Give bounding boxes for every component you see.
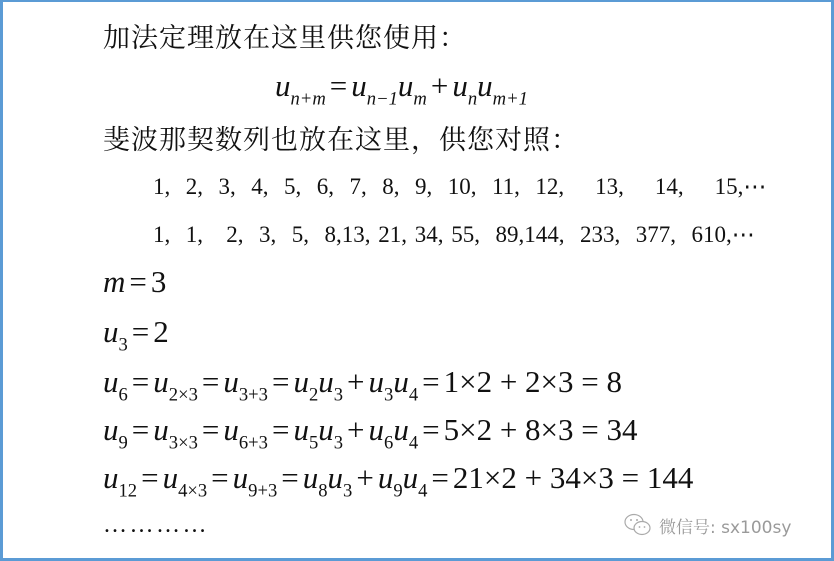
watermark: 微信号: sx100sy <box>623 512 791 538</box>
wechat-icon <box>623 512 653 538</box>
watermark-text: 微信号: sx100sy <box>659 513 791 538</box>
index-sequence-row: 1, 2, 3, 4, 5, 6, 7, 8, 9, 10, 11, 12, 1… <box>153 174 766 200</box>
fibonacci-intro-text: 斐波那契数列也放在这里，供您对照： <box>103 118 579 157</box>
fibonacci-sequence-row: 1, 1, 2, 3, 5, 8,13, 21, 34, 55, 89,144,… <box>153 222 755 248</box>
document-frame: 加法定理放在这里供您使用： un+m=un−1um+unum+1 斐波那契数列也… <box>0 0 834 561</box>
u9-derivation: u9=u3×3=u6+3=u5u3+u6u4=5×2 + 8×3 = 34 <box>103 412 638 448</box>
continuation-dots: ………… <box>103 512 209 539</box>
u6-derivation: u6=u2×3=u3+3=u2u3+u3u4=1×2 + 2×3 = 8 <box>103 364 622 400</box>
intro-text: 加法定理放在这里供您使用： <box>103 16 467 55</box>
u3-assignment: u3=2 <box>103 314 169 350</box>
addition-theorem-formula: un+m=un−1um+unum+1 <box>275 68 528 104</box>
u12-derivation: u12=u4×3=u9+3=u8u3+u9u4=21×2 + 34×3 = 14… <box>103 460 693 496</box>
m-assignment: m=3 <box>103 264 166 300</box>
